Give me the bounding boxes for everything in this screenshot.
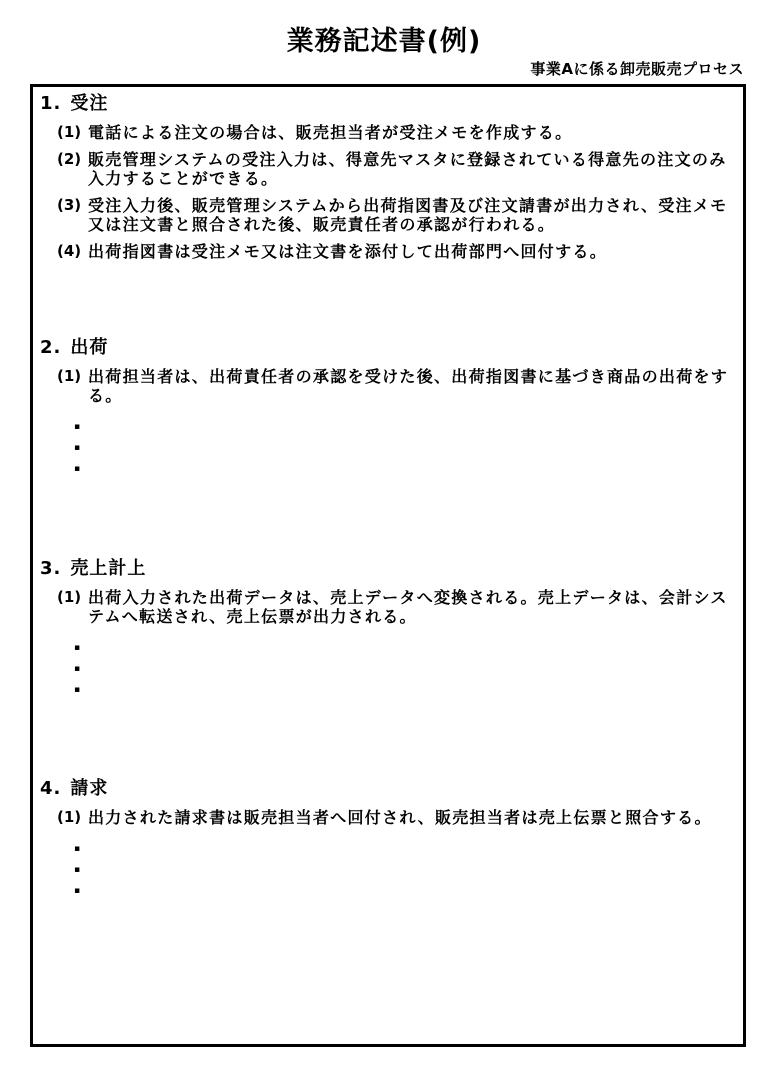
list-item: (1) 出荷担当者は、出荷責任者の承認を受けた後、出荷指図書に基づき商品の出荷を… xyxy=(33,367,743,405)
list-item: (2) 販売管理システムの受注入力は、得意先マスタに登録されている得意先の注文の… xyxy=(33,150,743,188)
section-number: 3. xyxy=(40,558,61,580)
bullet-dot: ▪ xyxy=(74,839,743,860)
list-item: (1) 電話による注文の場合は、販売担当者が受注メモを作成する。 xyxy=(33,123,743,142)
item-text: 受注入力後、販売管理システムから出荷指図書及び注文請書が出力され、受注メモ又は注… xyxy=(88,196,737,234)
placeholder-dots: ▪ ▪ ▪ xyxy=(33,638,743,701)
item-text: 出力された請求書は販売担当者へ回付され、販売担当者は売上伝票と照合する。 xyxy=(88,808,737,827)
document-subtitle: 事業Aに係る卸売販売プロセス xyxy=(30,58,744,79)
list-item: (3) 受注入力後、販売管理システムから出荷指図書及び注文請書が出力され、受注メ… xyxy=(33,196,743,234)
item-number: (1) xyxy=(57,588,88,626)
section-title: 請求 xyxy=(70,778,108,799)
bullet-dot: ▪ xyxy=(74,680,743,701)
bullet-dot: ▪ xyxy=(74,438,743,459)
section-number: 4. xyxy=(40,778,61,800)
item-text: 出荷担当者は、出荷責任者の承認を受けた後、出荷指図書に基づき商品の出荷をする。 xyxy=(88,367,737,405)
section-number: 2. xyxy=(40,337,61,359)
bullet-dot: ▪ xyxy=(74,417,743,438)
section-shipping: 2.出荷 (1) 出荷担当者は、出荷責任者の承認を受けた後、出荷指図書に基づき商… xyxy=(33,337,743,480)
placeholder-dots: ▪ ▪ ▪ xyxy=(33,839,743,902)
content-box: 1.受注 (1) 電話による注文の場合は、販売担当者が受注メモを作成する。 (2… xyxy=(30,84,746,1047)
list-item: (1) 出荷入力された出荷データは、売上データへ変換される。売上データは、会計シ… xyxy=(33,588,743,626)
section-title: 売上計上 xyxy=(70,558,146,579)
section-heading: 3.売上計上 xyxy=(33,558,743,580)
bullet-dot: ▪ xyxy=(74,881,743,902)
bullet-dot: ▪ xyxy=(74,638,743,659)
list-item: (4) 出荷指図書は受注メモ又は注文書を添付して出荷部門へ回付する。 xyxy=(33,242,743,261)
section-heading: 4.請求 xyxy=(33,778,743,800)
item-number: (4) xyxy=(57,242,88,261)
item-text: 出荷入力された出荷データは、売上データへ変換される。売上データは、会計システムへ… xyxy=(88,588,737,626)
item-text: 販売管理システムの受注入力は、得意先マスタに登録されている得意先の注文のみ入力す… xyxy=(88,150,737,188)
section-sales-recording: 3.売上計上 (1) 出荷入力された出荷データは、売上データへ変換される。売上デ… xyxy=(33,558,743,701)
item-number: (1) xyxy=(57,808,88,827)
section-number: 1. xyxy=(40,93,61,115)
bullet-dot: ▪ xyxy=(74,459,743,480)
item-text: 電話による注文の場合は、販売担当者が受注メモを作成する。 xyxy=(88,123,737,142)
item-number: (1) xyxy=(57,367,88,405)
section-heading: 1.受注 xyxy=(33,93,743,115)
item-text: 出荷指図書は受注メモ又は注文書を添付して出荷部門へ回付する。 xyxy=(88,242,737,261)
page-title: 業務記述書(例) xyxy=(0,19,768,58)
item-number: (2) xyxy=(57,150,88,188)
bullet-dot: ▪ xyxy=(74,659,743,680)
bullet-dot: ▪ xyxy=(74,860,743,881)
section-billing: 4.請求 (1) 出力された請求書は販売担当者へ回付され、販売担当者は売上伝票と… xyxy=(33,778,743,902)
item-number: (1) xyxy=(57,123,88,142)
section-title: 受注 xyxy=(70,93,108,114)
document-page: 業務記述書(例) 事業Aに係る卸売販売プロセス 1.受注 (1) 電話による注文… xyxy=(0,0,768,1073)
section-heading: 2.出荷 xyxy=(33,337,743,359)
section-order-receipt: 1.受注 (1) 電話による注文の場合は、販売担当者が受注メモを作成する。 (2… xyxy=(33,93,743,261)
list-item: (1) 出力された請求書は販売担当者へ回付され、販売担当者は売上伝票と照合する。 xyxy=(33,808,743,827)
placeholder-dots: ▪ ▪ ▪ xyxy=(33,417,743,480)
item-number: (3) xyxy=(57,196,88,234)
section-title: 出荷 xyxy=(70,337,108,358)
